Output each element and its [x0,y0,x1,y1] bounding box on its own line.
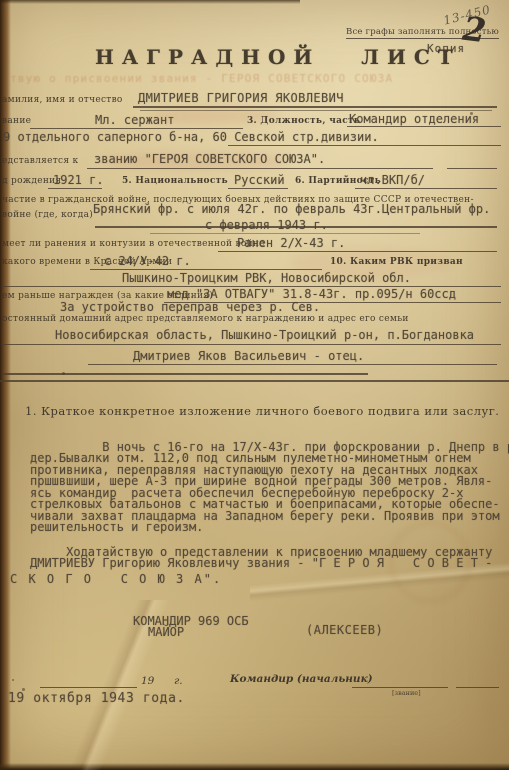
field-service-value: с 24/У-42 г. [104,255,191,267]
field-birth-value: 1921 г. [53,174,104,186]
signature-blank [40,687,137,688]
field-rvk-value: Пышкино-Троицким РВК, Новосибирской обл. [122,272,411,284]
bleed-through-ghost-text: твую о присвоении звания - ГЕРОЯ СОВЕТСК… [10,72,393,85]
underline [150,233,420,234]
underline [2,286,501,287]
underline [88,364,497,365]
underline [218,251,497,252]
field-combat-label-2: войне (где, когда) [2,211,93,220]
underline [164,302,501,303]
field-position-value: Командир отделения [349,113,479,125]
field-unit-value: 9 отдельного саперного б-на, 60 Севской … [3,131,379,143]
form-year-print: 19 [141,675,154,687]
underline [2,344,501,345]
page-top-edge [0,0,300,4]
field-rvk-label: 10. Каким РВК призван [330,258,463,267]
signature-blank [456,687,499,688]
underline [347,126,501,127]
field-address-value: Новосибирская область, Пышкино-Троицкий … [55,329,474,341]
commander-rank: МАЙОР [148,626,184,638]
award-sheet-document: 13-450 Все графы заполнять полностью 2 К… [0,0,509,770]
field-nationality-value: Русский [234,174,285,186]
underline [48,188,102,189]
underline [355,188,497,189]
form-sign-label: Командир (начальник) [230,673,373,685]
field-rank-value: Мл. сержант [95,114,174,126]
field-party-value: чл.ВКП/б/ [360,174,425,186]
petition-line: С К О Г О С О Ю З А". [10,573,222,585]
field-name-value: ДМИТРИЕВ ГРИГОРИЯ ЯКОВЛЕВИЧ [138,92,344,104]
field-family-value: Дмитриев Яков Васильевич - отец. [133,350,364,362]
feat-description-paragraph: В ночь с 16-го на 17/Х-43г. при форскров… [30,442,509,534]
typed-date: 19 октября 1943 года. [8,692,185,705]
field-rank-label: вание [2,117,31,126]
field-name-label: амилия, имя и отчество [2,96,123,105]
field-nominated-value: званию "ГЕРОЯ СОВЕТСКОГО СОЮЗА". [94,153,325,165]
field-combat-value-2: с февраля 1943 г. [205,219,328,231]
document-title: НАГРАДНОЙ ЛИСТ [95,45,461,69]
underline [87,168,433,169]
underline [30,128,243,129]
section-divider [0,380,509,382]
field-position-label: 3. Должность, часть [247,117,360,126]
underline [228,145,501,146]
petition-line: ДМИТРИЕВУ Григорию Яковлевичу звания - "… [30,557,492,569]
underline [133,106,497,108]
underline-strike [95,226,497,228]
feat-section-title: 1. Краткое конкретное изложение личного … [25,404,499,418]
section-divider [2,373,368,375]
field-awards-value: мед."ЗА ОТВАГУ" 31.8-43г. пр.095/н 60ссд [167,288,456,300]
underline [228,188,288,189]
feat-line: решительность и героизм. [30,522,509,533]
underline [140,110,492,111]
underline [447,168,497,169]
field-address-label: остоянный домашний адрес представляемого… [2,315,409,324]
field-wounds-label: меет ли ранения и контузии в отечественн… [2,240,265,249]
signature-blank [352,687,448,688]
ink-dot [12,679,14,681]
field-nationality-label: 5. Национальность [122,177,228,186]
form-rank-hint: [звание] [392,689,421,697]
field-wounds-value: Ранен 2/Х-43 г. [237,237,345,249]
field-nominated-label: едставляется к [2,157,78,166]
underline [90,269,322,270]
form-year-suffix: г. [174,675,183,687]
field-combat-value-1: Брянский фр. с июля 42г. по февраль 43г.… [93,203,490,215]
commander-name: (АЛЕКСЕЕВ) [306,624,383,636]
